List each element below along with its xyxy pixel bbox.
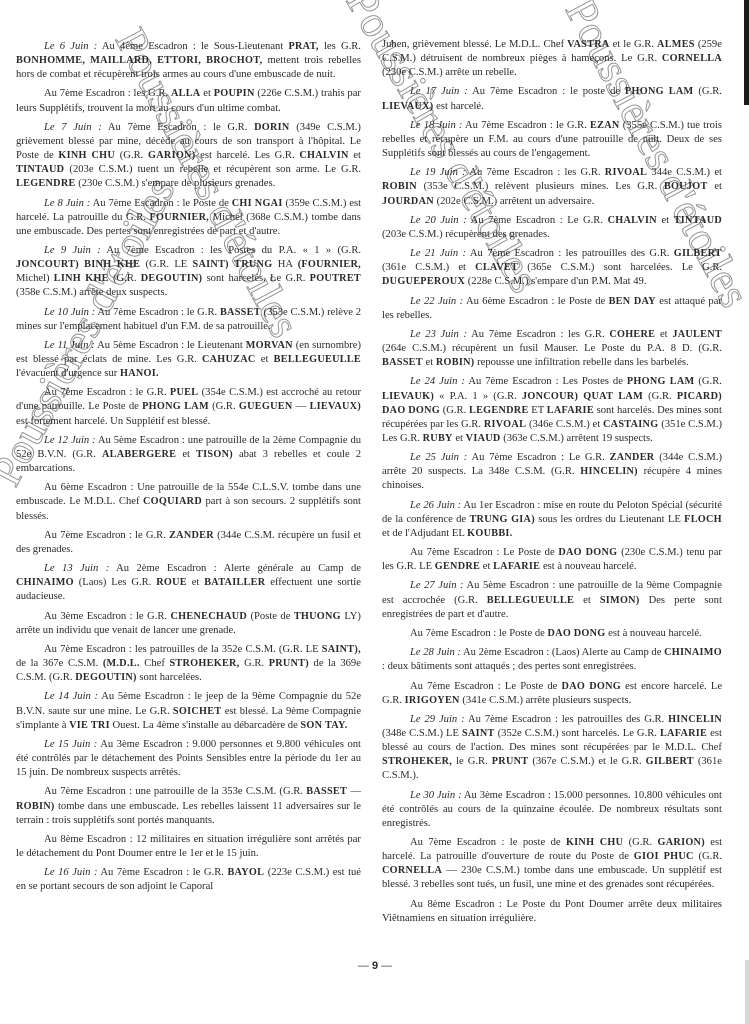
- scan-edge-shadow: [744, 0, 749, 105]
- entry-text: Au 8ème Escadron : 12 militaires en situ…: [16, 834, 361, 859]
- entry-date: Le 8 Juin :: [44, 198, 90, 209]
- entry-date: Le 20 Juin :: [410, 215, 467, 226]
- report-entry: Le 10 Juin : Au 7ème Escadron : le G.R. …: [16, 306, 361, 334]
- report-entry: Au 3ème Escadron : le G.R. CHENECHAUD (P…: [16, 610, 361, 638]
- entry-date: Le 7 Juin :: [44, 122, 102, 133]
- entry-date: Le 30 Juin :: [410, 790, 462, 801]
- entry-date: Le 21 Juin :: [410, 248, 466, 259]
- report-entry: Le 29 Juin : Au 7ème Escadron : les patr…: [382, 713, 722, 783]
- entry-text: Au 3ème Escadron : le G.R. CHENECHAUD (P…: [16, 611, 361, 636]
- entry-date: Le 18 Juin :: [410, 120, 462, 131]
- entry-date: Le 13 Juin :: [44, 563, 109, 574]
- entry-date: Le 26 Juin :: [410, 500, 461, 511]
- entry-text: Au 7ème Escadron : le G.R. PUEL (354e C.…: [16, 387, 361, 426]
- report-entry: Au 7ème Escadron : Le Poste de DAO DONG …: [382, 546, 722, 574]
- entry-date: Le 22 Juin :: [410, 296, 463, 307]
- entry-text: Au 7ème Escadron : Le Poste de DAO DONG …: [382, 681, 722, 706]
- entry-date: Le 23 Juin :: [410, 329, 467, 340]
- report-entry: Le 26 Juin : Au 1er Escadron : mise en r…: [382, 499, 722, 541]
- report-entry: Le 9 Juin : Au 7ème Escadron : les Poste…: [16, 244, 361, 300]
- entry-text: Au 8ème Escadron : Le Poste du Pont Doum…: [382, 899, 722, 924]
- report-entry: Le 23 Juin : Au 7ème Escadron : les G.R.…: [382, 328, 722, 370]
- report-entry: Au 8ème Escadron : Le Poste du Pont Doum…: [382, 898, 722, 926]
- entry-date: Le 6 Juin :: [44, 41, 97, 52]
- entry-text: Au 7ème Escadron : le G.R. ZANDER (344e …: [16, 530, 361, 555]
- report-entry: Le 17 Juin : Au 7ème Escadron : le poste…: [382, 85, 722, 113]
- entry-date: Le 10 Juin :: [44, 307, 95, 318]
- entry-date: Le 16 Juin :: [44, 867, 97, 878]
- dash: —: [378, 960, 392, 972]
- entry-text: Au 7ème Escadron : une patrouille de la …: [16, 786, 361, 825]
- entry-date: Le 25 Juin :: [410, 452, 467, 463]
- report-entry: Au 7ème Escadron : le G.R. PUEL (354e C.…: [16, 386, 361, 428]
- report-entry: Le 13 Juin : Au 2ème Escadron : Alerte g…: [16, 562, 361, 604]
- report-entry: Le 21 Juin : Au 7ème Escadron : les patr…: [382, 247, 722, 289]
- report-entry: Au 7ème Escadron : une patrouille de la …: [16, 785, 361, 827]
- entry-date: Le 29 Juin :: [410, 714, 465, 725]
- entry-text: Au 7ème Escadron : Le Poste de DAO DONG …: [382, 547, 722, 572]
- dash: —: [358, 960, 372, 972]
- report-entry: Le 15 Juin : Au 3ème Escadron : 9.000 pe…: [16, 738, 361, 780]
- report-entry: Le 8 Juin : Au 7ème Escadron : le Poste …: [16, 197, 361, 239]
- report-entry: Le 27 Juin : Au 5ème Escadron : une patr…: [382, 579, 722, 621]
- entry-text: Au 6ème Escadron : Une patrouille de la …: [16, 482, 361, 521]
- report-entry: Le 24 Juin : Au 7ème Escadron : Les Post…: [382, 375, 722, 445]
- report-entry: Au 7ème Escadron : le G.R. ZANDER (344e …: [16, 529, 361, 557]
- report-entry: Le 6 Juin : Au 4ème Escadron : le Sous-L…: [16, 40, 361, 82]
- report-entry: Le 30 Juin : Au 3ème Escadron : 15.000 p…: [382, 789, 722, 831]
- report-entry: Le 25 Juin : Au 7ème Escadron : Le G.R. …: [382, 451, 722, 493]
- entry-text: Au 7ème Escadron : le Poste de DAO DONG …: [410, 628, 702, 639]
- report-entry: Au 6ème Escadron : Une patrouille de la …: [16, 481, 361, 523]
- report-entry: Au 8ème Escadron : 12 militaires en situ…: [16, 833, 361, 861]
- report-entry: Le 14 Juin : Au 5ème Escadron : le jeep …: [16, 690, 361, 732]
- entry-date: Le 24 Juin :: [410, 376, 465, 387]
- report-entry: Le 7 Juin : Au 7ème Escadron : le G.R. D…: [16, 121, 361, 191]
- report-entry: Le 11 Juin : Au 5ème Escadron : le Lieut…: [16, 339, 361, 381]
- report-entry: Le 22 Juin : Au 6ème Escadron : le Poste…: [382, 295, 722, 323]
- scan-edge-shadow: [745, 960, 749, 1024]
- report-entry: Le 20 Juin : Au 7ème Escadron : Le G.R. …: [382, 214, 722, 242]
- entry-text: Juhen, grièvement blessé. Le M.D.L. Chef…: [382, 39, 722, 78]
- entry-date: Le 14 Juin :: [44, 691, 98, 702]
- right-column: Juhen, grièvement blessé. Le M.D.L. Chef…: [382, 38, 722, 931]
- left-column: Le 6 Juin : Au 4ème Escadron : le Sous-L…: [16, 40, 361, 900]
- report-entry: Le 28 Juin : Au 2ème Escadron : (Laos) A…: [382, 646, 722, 674]
- report-entry: Le 12 Juin : Au 5ème Escadron : une patr…: [16, 434, 361, 476]
- report-entry: Le 19 Juin : Au 7ème Escadron : les G.R.…: [382, 166, 722, 208]
- entry-date: Le 28 Juin :: [410, 647, 461, 658]
- report-entry: Au 7ème Escadron : les G.R. ALLA et POUP…: [16, 87, 361, 115]
- entry-date: Le 19 Juin :: [410, 167, 466, 178]
- entry-date: Le 15 Juin :: [44, 739, 97, 750]
- entry-text: Au 7ème Escadron : le poste de KINH CHU …: [382, 837, 722, 890]
- page-number: — 9 —: [340, 960, 410, 972]
- entry-date: Le 27 Juin :: [410, 580, 464, 591]
- report-entry: Juhen, grièvement blessé. Le M.D.L. Chef…: [382, 38, 722, 80]
- report-entry: Au 7ème Escadron : le Poste de DAO DONG …: [382, 627, 722, 641]
- report-entry: Au 7ème Escadron : le poste de KINH CHU …: [382, 836, 722, 892]
- report-entry: Au 7ème Escadron : Le Poste de DAO DONG …: [382, 680, 722, 708]
- entry-date: Le 17 Juin :: [410, 86, 468, 97]
- entry-text: Au 7ème Escadron : les G.R. ALLA et POUP…: [16, 88, 361, 113]
- entry-date: Le 11 Juin :: [44, 340, 95, 351]
- document-page: Poussières d'étoiles Poussières d'étoile…: [0, 0, 749, 1024]
- entry-date: Le 12 Juin :: [44, 435, 96, 446]
- report-entry: Le 18 Juin : Au 7ème Escadron : le G.R. …: [382, 119, 722, 161]
- entry-text: Au 7ème Escadron : les patrouilles de la…: [16, 644, 361, 683]
- report-entry: Au 7ème Escadron : les patrouilles de la…: [16, 643, 361, 685]
- report-entry: Le 16 Juin : Au 7ème Escadron : le G.R. …: [16, 866, 361, 894]
- entry-date: Le 9 Juin :: [44, 245, 101, 256]
